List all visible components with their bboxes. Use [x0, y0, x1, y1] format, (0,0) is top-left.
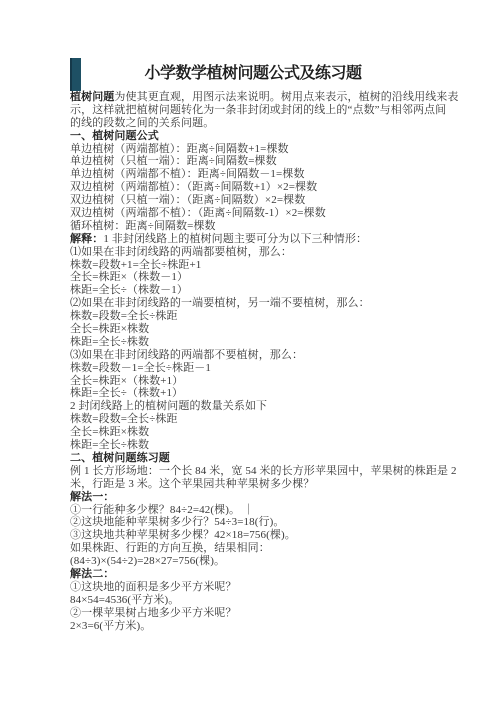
text-line: 植树问题为使其更直观，用图示法来说明。树用点来表示，植树的沿线用线来表 [70, 91, 436, 104]
bold-lead-text: 植树问题 [70, 91, 114, 103]
document-page: 小学数学植树问题公式及练习题 植树问题为使其更直观，用图示法来说明。树用点来表示… [0, 0, 500, 707]
text-line: 单边植树（两端都植）：距离÷间隔数+1=棵数 [70, 143, 436, 156]
text-line: 双边植树（两端都植）：（距离÷间隔数+1）×2=棵数 [70, 181, 436, 194]
text-line: (84÷3)×(54÷2)=28×27=756(棵)。 [70, 555, 436, 568]
text-line: 株距=全长÷株数 [70, 439, 436, 452]
text-line: 株数=段数+1=全长÷株距+1 [70, 259, 436, 272]
text-line: ②一棵苹果树占地多少平方米呢？ [70, 607, 436, 620]
text-line: 株距=全长÷（株数－1） [70, 284, 436, 297]
text-line: 单边植树（两端都不植）：距离÷间隔数－1=棵数 [70, 168, 436, 181]
text-line: 株数=段数－1=全长÷株距－1 [70, 362, 436, 375]
text-line: ⑵如果在非封闭线路的一端要植树，另一端不要植树，那么： [70, 297, 436, 310]
text-line: 2 封闭线路上的植树问题的数量关系如下 [70, 400, 436, 413]
text-line: ①一行能种多少棵？84÷2=42(棵)。 ｜ [70, 504, 436, 517]
text-line: 全长=株距×（株数－1） [70, 271, 436, 284]
text-line: 全长=株距×株数 [70, 323, 436, 336]
text-line: ⑴如果在非封闭线路的两端都要植树，那么： [70, 246, 436, 259]
page-title: 小学数学植树问题公式及练习题 [70, 57, 436, 91]
heading-line: 二、植树问题练习题 [70, 452, 436, 465]
document-body: 植树问题为使其更直观，用图示法来说明。树用点来表示，植树的沿线用线来表示，这样就… [70, 91, 436, 632]
text-line: 单边植树（只植一端）：距离÷间隔数=棵数 [70, 155, 436, 168]
bold-lead-text: 解释： [70, 233, 103, 245]
text-line: 米，行距是 3 米。这个苹果园共种苹果树多少棵？ [70, 478, 436, 491]
heading-line: 一、植树问题公式 [70, 130, 436, 143]
text-line: 2×3=6(平方米)。 [70, 620, 436, 633]
text-line: 全长=株距×（株数+1） [70, 375, 436, 388]
text-line: 循环植树：距离÷间隔数=棵数 [70, 220, 436, 233]
title-block: 小学数学植树问题公式及练习题 [70, 57, 436, 91]
text-line: 株数=段数=全长÷株距 [70, 413, 436, 426]
text-line: ⑶如果在非封闭线路的两端都不要植树，那么： [70, 349, 436, 362]
text-line: ③这块地共种苹果树多少棵？42×18=756(棵)。 [70, 529, 436, 542]
text-line: 例 1 长方形场地：一个长 84 米，宽 54 米的长方形苹果园中，苹果树的株距… [70, 465, 436, 478]
heading-line: 解法二： [70, 568, 436, 581]
title-accent-bar [70, 58, 81, 91]
document-content: 小学数学植树问题公式及练习题 植树问题为使其更直观，用图示法来说明。树用点来表示… [70, 57, 436, 632]
text-line: 株数=段数=全长÷株距 [70, 310, 436, 323]
text-line: 株距=全长÷株数 [70, 336, 436, 349]
heading-line: 解法一： [70, 491, 436, 504]
text-line: ②这块地能种苹果树多少行？54÷3=18(行)。 [70, 516, 436, 529]
text-line: 84×54=4536(平方米)。 [70, 594, 436, 607]
text-line: ①这块地的面积是多少平方米呢？ [70, 581, 436, 594]
text-line: 全长=株距×株数 [70, 426, 436, 439]
text-line: 如果株距、行距的方向互换，结果相同： [70, 542, 436, 555]
text-line: 双边植树（两端都不植）：（距离÷间隔数-1）×2=棵数 [70, 207, 436, 220]
text-line: 株距=全长÷（株数+1） [70, 387, 436, 400]
text-line: 双边植树（只植一端）：（距离÷间隔数）×2=棵数 [70, 194, 436, 207]
text-line: 示，这样就把植树问题转化为一条非封闭或封闭的线上的“点数”与相邻两点间 [70, 104, 436, 117]
text-line: 解释：1 非封闭线路上的植树问题主要可分为以下三种情形： [70, 233, 436, 246]
text-line: 的线的段数之间的关系问题。 [70, 117, 436, 130]
